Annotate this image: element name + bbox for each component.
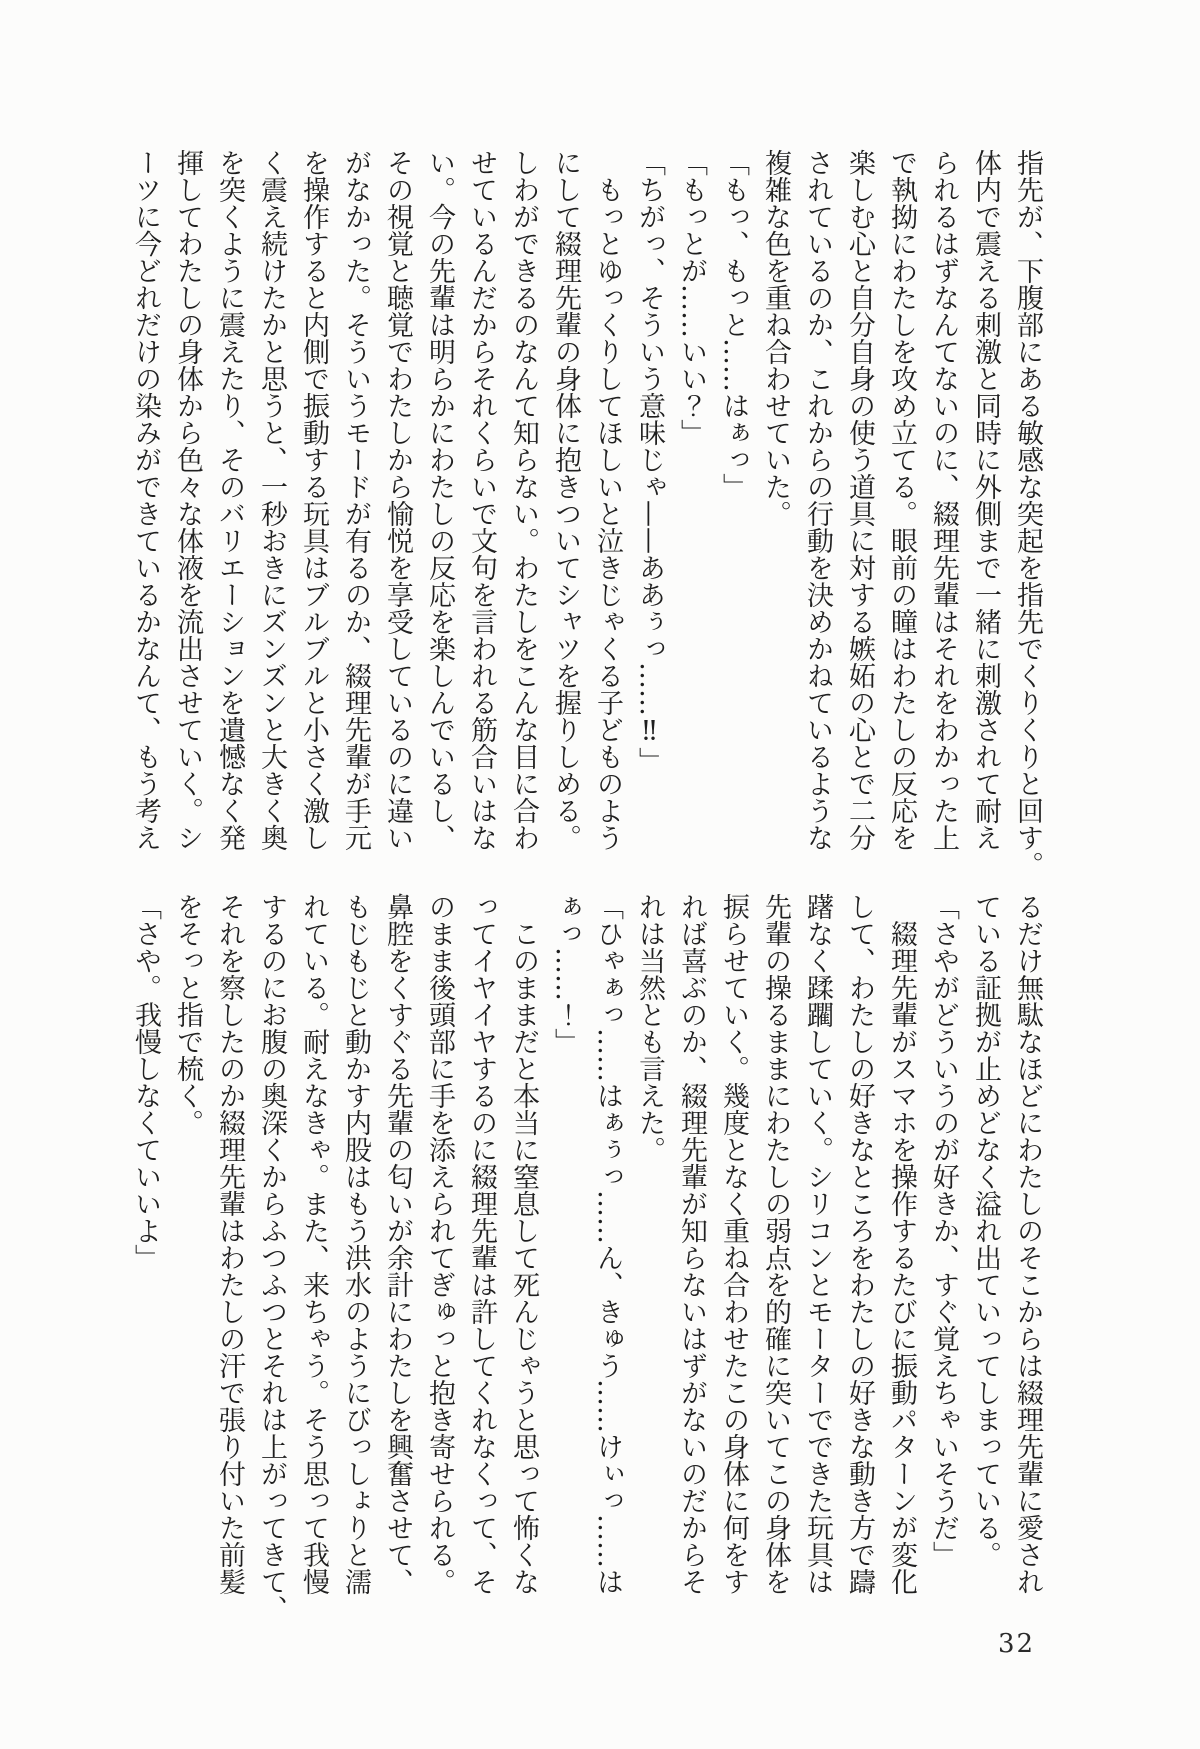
text-line: れば喜ぶのか、綴理先輩が知らないはずがないのだからそ (670, 893, 712, 1626)
text-line: 「さやがどういうのが好きか、すぐ覚えちゃいそうだ」 (922, 893, 964, 1626)
text-line: 揮してわたしの身体から色々な体液を流出させていく。シ (166, 149, 208, 882)
text-line: もっとゆっくりしてほしいと泣きじゃくる子どものよう (586, 149, 628, 882)
text-line: するのにお腹の奥深くからふつふつとそれは上がってきて、 (250, 893, 292, 1626)
text-line: く震え続けたかと思うと、一秒おきにズンズンと大きく奥 (250, 149, 292, 882)
text-line: 体内で震える刺激と同時に外側まで一緒に刺激されて耐え (964, 149, 1006, 882)
text-line: ってイヤイヤするのに綴理先輩は許してくれなくって、そ (460, 893, 502, 1626)
text-line: 捩らせていく。幾度となく重ね合わせたこの身体に何をす (712, 893, 754, 1626)
text-line: 「もっ、もっと……はぁっ」 (712, 149, 754, 882)
text-line: 「さや。我慢しなくていいよ」 (124, 893, 166, 1626)
text-line: を操作すると内側で振動する玩具はブルブルと小さく激し (292, 149, 334, 882)
text-line: せているんだからそれくらいで文句を言われる筋合いはな (460, 149, 502, 882)
text-line: 綴理先輩がスマホを操作するたびに振動パターンが変化 (880, 893, 922, 1626)
text-line: しわができるのなんて知らない。わたしをこんな目に合わ (502, 149, 544, 882)
text-line: 楽しむ心と自分自身の使う道具に対する嫉妬の心とで二分 (838, 149, 880, 882)
text-line: のまま後頭部に手を添えられてぎゅっと抱き寄せられる。 (418, 893, 460, 1626)
text-line: ぁっ……！」 (544, 893, 586, 1626)
text-line: もじもじと動かす内股はもう洪水のようにびっしょりと濡 (334, 893, 376, 1626)
text-line: をそっと指で梳く。 (166, 893, 208, 1626)
text-line: を突くように震えたり、そのバリエーションを遺憾なく発 (208, 149, 250, 882)
page: 指先が、下腹部にある敏感な突起を指先でくりくりと回す。 体内で震える刺激と同時に… (0, 0, 1200, 1749)
lower-text-block: るだけ無駄なほどにわたしのそこからは綴理先輩に愛され ている証拠が止めどなく溢れ… (124, 893, 1048, 1626)
text-line: 「もっとが……いい？」 (670, 149, 712, 882)
text-line: 躇なく蹂躙していく。シリコンとモーターでできた玩具は (796, 893, 838, 1626)
text-line: られるはずなんてないのに、綴理先輩はそれをわかった上 (922, 149, 964, 882)
text-line: ている証拠が止めどなく溢れ出ていってしまっている。 (964, 893, 1006, 1626)
text-line: がなかった。そういうモードが有るのか、綴理先輩が手元 (334, 149, 376, 882)
text-line: い。今の先輩は明らかにわたしの反応を楽しんでいるし、 (418, 149, 460, 882)
text-line: れは当然とも言えた。 (628, 893, 670, 1626)
text-line: それを察したのか綴理先輩はわたしの汗で張り付いた前髪 (208, 893, 250, 1626)
text-line: で執拗にわたしを攻め立てる。眼前の瞳はわたしの反応を (880, 149, 922, 882)
text-line: されているのか、これからの行動を決めかねているような (796, 149, 838, 882)
text-line: 先輩の操るままにわたしの弱点を的確に突いてこの身体を (754, 893, 796, 1626)
text-line: して、わたしの好きなところをわたしの好きな動き方で躊 (838, 893, 880, 1626)
text-line: 「ちがっ、そういう意味じゃ——ああぅっ……‼」 (628, 149, 670, 882)
text-line: るだけ無駄なほどにわたしのそこからは綴理先輩に愛され (1006, 893, 1048, 1626)
text-line: ーツに今どれだけの染みができているかなんて、もう考え (124, 149, 166, 882)
page-number: 32 (998, 1629, 1035, 1659)
text-line: 「ひゃぁっ……はぁぅっ……ん、きゅう……けぃっ……は (586, 893, 628, 1626)
text-line: その視覚と聴覚でわたしから愉悦を享受しているのに違い (376, 149, 418, 882)
text-line: れている。耐えなきゃ。また、来ちゃう。そう思って我慢 (292, 893, 334, 1626)
text-line: 鼻腔をくすぐる先輩の匂いが余計にわたしを興奮させて、 (376, 893, 418, 1626)
text-line: このままだと本当に窒息して死んじゃうと思って怖くな (502, 893, 544, 1626)
text-line: 複雑な色を重ね合わせていた。 (754, 149, 796, 882)
upper-text-block: 指先が、下腹部にある敏感な突起を指先でくりくりと回す。 体内で震える刺激と同時に… (124, 149, 1048, 882)
text-line: 指先が、下腹部にある敏感な突起を指先でくりくりと回す。 (1006, 149, 1048, 882)
text-line: にして綴理先輩の身体に抱きついてシャツを握りしめる。 (544, 149, 586, 882)
